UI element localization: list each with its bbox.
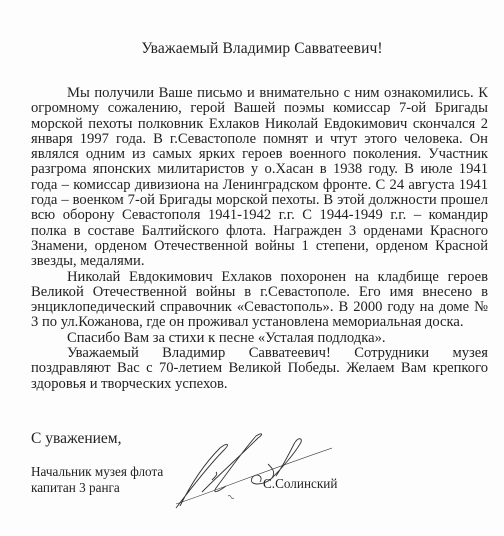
paragraph-3: Спасибо Вам за стихи к песне «Усталая по… xyxy=(31,331,488,346)
paragraph-4: Уважаемый Владимир Савватеевич! Сотрудни… xyxy=(31,346,488,392)
signature-icon xyxy=(172,432,332,510)
signer-position: Начальник музея флота капитан 3 ранга xyxy=(31,464,163,496)
letter-body: Мы получили Ваше письмо и внимательно с … xyxy=(31,86,488,392)
signer-rank: капитан 3 ранга xyxy=(31,480,163,496)
signer-name: С.Солинский xyxy=(263,476,337,492)
paragraph-1: Мы получили Ваше письмо и внимательно с … xyxy=(31,86,488,270)
signer-position-title: Начальник музея флота xyxy=(31,464,163,480)
paragraph-2: Николай Евдокимович Ехлаков похоронен на… xyxy=(31,270,488,331)
letter-page: Уважаемый Владимир Савватеевич! Мы получ… xyxy=(0,0,504,536)
letter-greeting: Уважаемый Владимир Савватеевич! xyxy=(0,40,504,58)
letter-closing: С уважением, xyxy=(31,430,122,448)
